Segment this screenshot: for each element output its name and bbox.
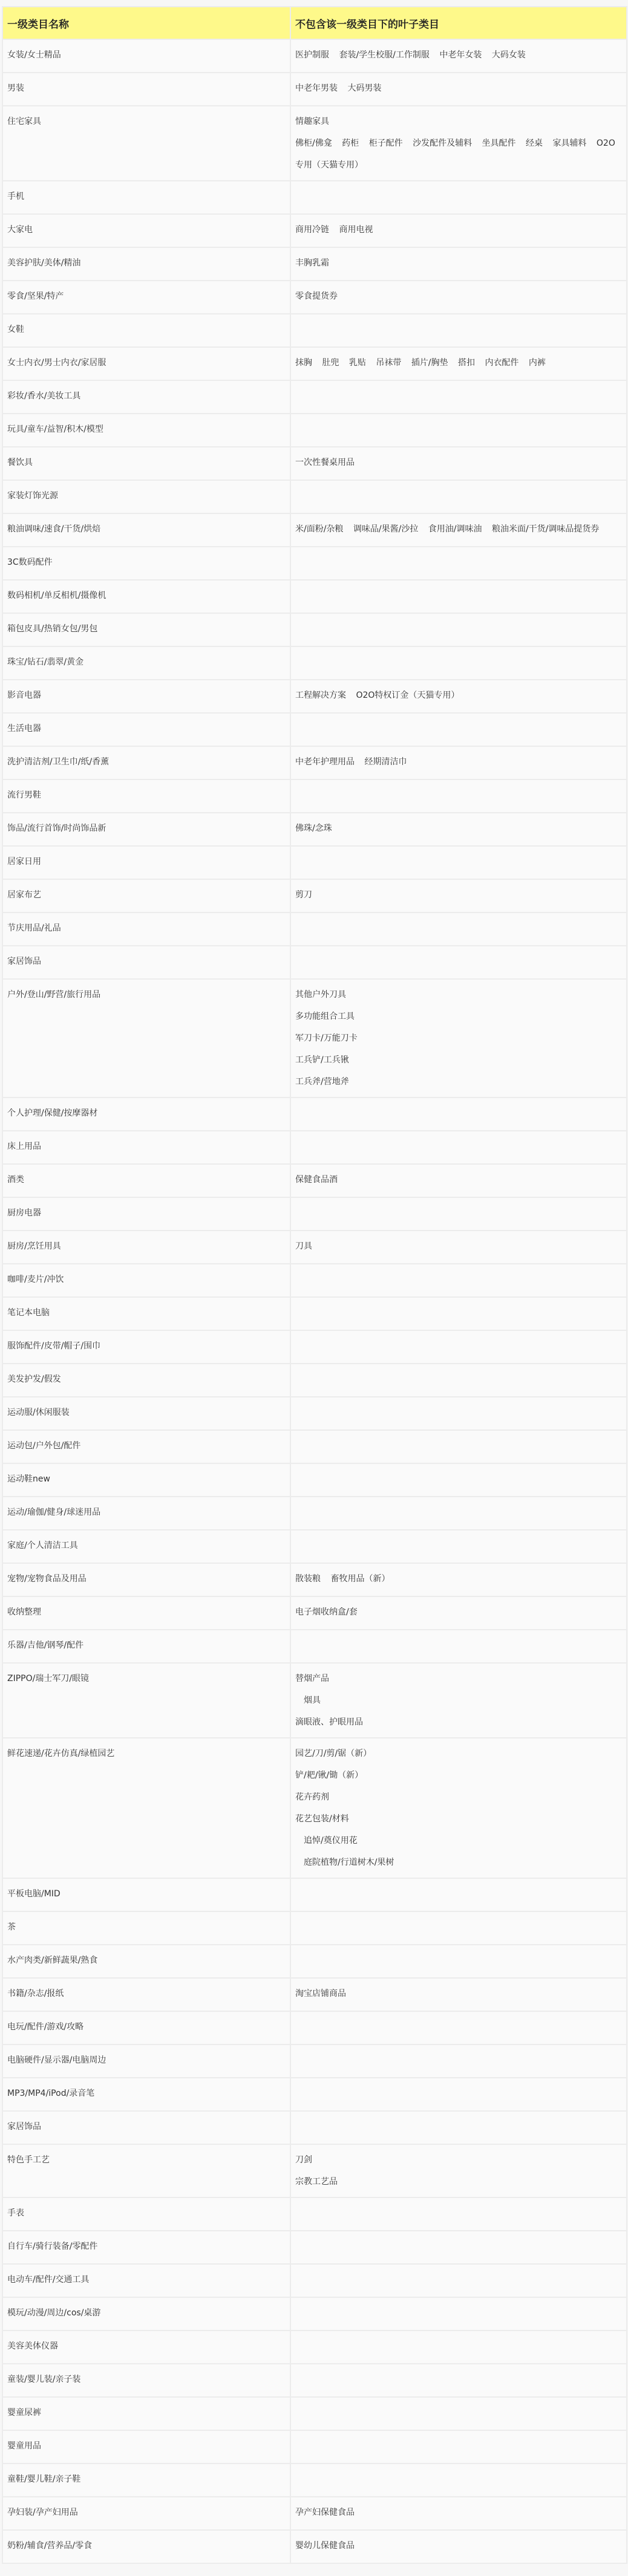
excluded-leaf-cell: 刀剑 宗教工艺品 (290, 2144, 627, 2197)
table-row: 运动服/休闲服装 (2, 1397, 627, 1430)
table-row: 运动鞋new (2, 1463, 627, 1497)
excluded-leaf-cell (290, 2231, 627, 2264)
excluded-leaf-cell: 医护制服 套装/学生校服/工作制服 中老年女装 大码女装 (290, 39, 627, 73)
excluded-line: 军刀卡/万能刀卡 (295, 1027, 622, 1049)
excluded-leaf-cell: 散装粮 畜牧用品（新） (290, 1563, 627, 1596)
category-name-cell: 女鞋 (2, 314, 290, 347)
category-name-cell: 美容护肤/美体/精油 (2, 247, 290, 281)
excluded-leaf-category: 情趣家具 (295, 117, 329, 126)
table-row: 家庭/个人清洁工具 (2, 1530, 627, 1563)
excluded-leaf-cell: 婴幼儿保健食品 (290, 2530, 627, 2563)
table-row: 咖啡/麦片/冲饮 (2, 1264, 627, 1297)
excluded-line: 滴眼液、护眼用品 (295, 1711, 622, 1733)
category-name-cell: 女装/女士精品 (2, 39, 290, 73)
excluded-line: 工兵斧/营地斧 (295, 1071, 622, 1093)
category-name-cell: 箱包皮具/热销女包/男包 (2, 613, 290, 646)
excluded-leaf-category: 佛柜/佛龛 (295, 138, 332, 148)
excluded-leaf-category: 米/面粉/杂粮 (295, 524, 343, 534)
excluded-line: 情趣家具 (295, 111, 622, 132)
excluded-leaf-cell (290, 2111, 627, 2144)
excluded-line: 工兵铲/工兵锹 (295, 1049, 622, 1071)
table-row: 孕妇装/孕产妇用品孕产妇保健食品 (2, 2497, 627, 2530)
excluded-leaf-category: 商用冷链 (295, 225, 329, 235)
table-row: 床上用品 (2, 1131, 627, 1164)
excluded-line: 婴幼儿保健食品 (295, 2535, 622, 2557)
table-row: 影音电器工程解决方案 O2O特权订金（天猫专用） (2, 680, 627, 713)
excluded-line: 淘宝店铺商品 (295, 1983, 622, 2005)
table-row: 家居饰品 (2, 946, 627, 979)
excluded-leaf-cell: 工程解决方案 O2O特权订金（天猫专用） (290, 680, 627, 713)
category-name-cell: ZIPPO/瑞士军刀/眼镜 (2, 1663, 290, 1738)
table-row: 女士内衣/男士内衣/家居服抹胸 肚兜 乳贴 吊袜带 插片/胸垫 搭扣 内衣配件 … (2, 347, 627, 380)
excluded-leaf-category: 食用油/调味油 (428, 524, 482, 534)
table-row: 鲜花速递/花卉仿真/绿植园艺园艺/刀/剪/锯（新） 铲/耙/锹/锄（新） 花卉药… (2, 1738, 627, 1878)
excluded-leaf-cell (290, 946, 627, 979)
excluded-leaf-category: 花艺包装/材料 (295, 1814, 349, 1824)
excluded-leaf-category: 花卉药剂 (295, 1792, 329, 1802)
excluded-leaf-category: 婴幼儿保健食品 (295, 2541, 355, 2551)
category-name-cell: 鲜花速递/花卉仿真/绿植园艺 (2, 1738, 290, 1878)
category-name-cell: 咖啡/麦片/冲饮 (2, 1264, 290, 1297)
table-row: ZIPPO/瑞士军刀/眼镜替烟产品 烟具 滴眼液、护眼用品 (2, 1663, 627, 1738)
excluded-leaf-cell (290, 1430, 627, 1463)
category-name-cell: 运动包/户外包/配件 (2, 1430, 290, 1463)
table-row: 婴童尿裤 (2, 2397, 627, 2430)
category-name-cell: 电脑硬件/显示器/电脑周边 (2, 2044, 290, 2078)
table-row: 个人护理/保健/按摩器材 (2, 1098, 627, 1131)
excluded-leaf-category: 药柜 (342, 138, 359, 148)
table-row: 收纳整理电子烟收纳盒/套 (2, 1596, 627, 1630)
header-category-name: 一级类目名称 (2, 7, 290, 39)
excluded-leaf-cell (290, 1397, 627, 1430)
excluded-leaf-cell: 丰胸乳霜 (290, 247, 627, 281)
category-name-cell: 节庆用品/礼品 (2, 912, 290, 946)
table-row: 童装/婴儿装/亲子装 (2, 2364, 627, 2397)
excluded-leaf-category: 中老年男装 (295, 83, 338, 93)
excluded-leaf-cell (290, 1878, 627, 1911)
excluded-leaf-cell (290, 1264, 627, 1297)
table-row: 箱包皮具/热销女包/男包 (2, 613, 627, 646)
excluded-leaf-category: 柜子配件 (369, 138, 403, 148)
excluded-leaf-category: 坐具配件 (482, 138, 516, 148)
excluded-leaf-category: 刀剑 (295, 2155, 312, 2165)
excluded-leaf-cell (290, 1364, 627, 1397)
category-name-cell: 运动/瑜伽/健身/球迷用品 (2, 1497, 290, 1530)
table-row: 居家布艺剪刀 (2, 879, 627, 912)
excluded-leaf-cell: 佛珠/念珠 (290, 813, 627, 846)
excluded-leaf-cell (290, 547, 627, 580)
category-name-cell: 家居饰品 (2, 946, 290, 979)
excluded-line: 剪刀 (295, 884, 622, 906)
category-name-cell: MP3/MP4/iPod/录音笔 (2, 2078, 290, 2111)
excluded-leaf-category: 军刀卡/万能刀卡 (295, 1033, 358, 1043)
excluded-leaf-category: 中老年护理用品 (295, 757, 355, 767)
excluded-leaf-category: 肚兜 (322, 358, 339, 368)
excluded-line: 宗教工艺品 (295, 2171, 622, 2193)
category-name-cell: 流行男鞋 (2, 779, 290, 813)
excluded-leaf-category: 零食提货券 (295, 291, 338, 301)
table-row: 婴童用品 (2, 2430, 627, 2464)
excluded-leaf-cell: 替烟产品 烟具 滴眼液、护眼用品 (290, 1663, 627, 1738)
category-name-cell: 手机 (2, 181, 290, 214)
excluded-leaf-cell: 中老年护理用品 经期清洁巾 (290, 746, 627, 779)
category-exclusion-table: 一级类目名称 不包含该一级类目下的叶子类目 女装/女士精品医护制服 套装/学生校… (2, 6, 627, 2564)
table-row: 玩具/童车/益智/积木/模型 (2, 414, 627, 447)
excluded-line: 医护制服 套装/学生校服/工作制服 中老年女装 大码女装 (295, 44, 622, 66)
category-name-cell: 户外/登山/野营/旅行用品 (2, 979, 290, 1098)
category-name-cell: 童鞋/婴儿鞋/亲子鞋 (2, 2464, 290, 2497)
table-row: MP3/MP4/iPod/录音笔 (2, 2078, 627, 2111)
category-name-cell: 书籍/杂志/报纸 (2, 1978, 290, 2011)
category-name-cell: 手表 (2, 2197, 290, 2231)
table-row: 3C数码配件 (2, 547, 627, 580)
excluded-leaf-category: 内裤 (529, 358, 546, 368)
excluded-leaf-cell (290, 414, 627, 447)
table-row: 珠宝/钻石/翡翠/黄金 (2, 646, 627, 680)
excluded-line: 零食提货券 (295, 285, 622, 307)
excluded-leaf-category: 烟具 (295, 1696, 321, 1705)
category-name-cell: 数码相机/单反相机/摄像机 (2, 580, 290, 613)
excluded-line: 中老年护理用品 经期清洁巾 (295, 751, 622, 773)
table-row: 美容美体仪器 (2, 2330, 627, 2364)
excluded-line: 佛柜/佛龛 药柜 柜子配件 沙发配件及辅料 坐具配件 经桌 家具辅料 O2O专用… (295, 132, 622, 176)
excluded-line: 花卉药剂 (295, 1786, 622, 1808)
table-row: 平板电脑/MID (2, 1878, 627, 1911)
excluded-leaf-cell: 商用冷链 商用电视 (290, 214, 627, 247)
table-row: 酒类保健食品酒 (2, 1164, 627, 1197)
excluded-leaf-category: 粮油米面/干货/调味品提货券 (492, 524, 599, 534)
table-row: 大家电商用冷链 商用电视 (2, 214, 627, 247)
table-row: 电脑硬件/显示器/电脑周边 (2, 2044, 627, 2078)
excluded-leaf-cell (290, 2197, 627, 2231)
excluded-leaf-category: 大码男装 (347, 83, 381, 93)
excluded-leaf-cell (290, 2430, 627, 2464)
category-name-cell: 水产肉类/新鲜蔬果/熟食 (2, 1945, 290, 1978)
excluded-line: 散装粮 畜牧用品（新） (295, 1568, 622, 1590)
excluded-leaf-category: 佛珠/念珠 (295, 824, 332, 833)
table-header-row: 一级类目名称 不包含该一级类目下的叶子类目 (2, 7, 627, 39)
excluded-leaf-cell (290, 2078, 627, 2111)
table-row: 宠物/宠物食品及用品散装粮 畜牧用品（新） (2, 1563, 627, 1596)
header-excluded-leaf-categories: 不包含该一级类目下的叶子类目 (290, 7, 627, 39)
excluded-line: 工程解决方案 O2O特权订金（天猫专用） (295, 685, 622, 706)
excluded-line: 佛珠/念珠 (295, 818, 622, 839)
table-row: 居家日用 (2, 846, 627, 879)
category-name-cell: 住宅家具 (2, 106, 290, 181)
excluded-leaf-cell: 电子烟收纳盒/套 (290, 1596, 627, 1630)
excluded-leaf-cell (290, 1497, 627, 1530)
category-name-cell: 运动服/休闲服装 (2, 1397, 290, 1430)
excluded-leaf-category: 商用电视 (339, 225, 373, 235)
excluded-leaf-cell (290, 2044, 627, 2078)
category-name-cell: 厨房电器 (2, 1197, 290, 1231)
category-name-cell: 平板电脑/MID (2, 1878, 290, 1911)
excluded-leaf-cell: 情趣家具 佛柜/佛龛 药柜 柜子配件 沙发配件及辅料 坐具配件 经桌 家具辅料 … (290, 106, 627, 181)
table-row: 女鞋 (2, 314, 627, 347)
excluded-line: 替烟产品 (295, 1668, 622, 1690)
excluded-leaf-cell: 刀具 (290, 1231, 627, 1264)
excluded-line: 庭院植物/行道树木/果树 (295, 1852, 622, 1873)
excluded-leaf-category: 保健食品酒 (295, 1175, 338, 1185)
category-name-cell: 酒类 (2, 1164, 290, 1197)
excluded-leaf-category: 丰胸乳霜 (295, 258, 329, 268)
excluded-leaf-cell: 中老年男装 大码男装 (290, 73, 627, 106)
excluded-leaf-cell: 抹胸 肚兜 乳贴 吊袜带 插片/胸垫 搭扣 内衣配件 内裤 (290, 347, 627, 380)
table-row: 电玩/配件/游戏/攻略 (2, 2011, 627, 2044)
excluded-leaf-cell: 一次性餐桌用品 (290, 447, 627, 480)
excluded-line: 刀具 (295, 1235, 622, 1257)
excluded-leaf-category: 医护制服 (295, 50, 329, 60)
category-name-cell: 电玩/配件/游戏/攻略 (2, 2011, 290, 2044)
table-row: 流行男鞋 (2, 779, 627, 813)
excluded-leaf-cell (290, 1911, 627, 1945)
excluded-leaf-cell (290, 1131, 627, 1164)
excluded-leaf-category: 庭院植物/行道树木/果树 (295, 1858, 394, 1867)
excluded-leaf-category: 大码女装 (492, 50, 526, 60)
excluded-leaf-cell (290, 314, 627, 347)
table-row: 手表 (2, 2197, 627, 2231)
category-name-cell: 影音电器 (2, 680, 290, 713)
excluded-leaf-cell (290, 1297, 627, 1330)
excluded-leaf-cell: 保健食品酒 (290, 1164, 627, 1197)
table-row: 节庆用品/礼品 (2, 912, 627, 946)
excluded-leaf-category: 乳贴 (349, 358, 366, 368)
excluded-leaf-category: 工程解决方案 (295, 691, 346, 700)
excluded-leaf-category: 调味品/果酱/沙拉 (353, 524, 418, 534)
excluded-leaf-category: 多功能组合工具 (295, 1012, 355, 1021)
category-name-cell: 婴童用品 (2, 2430, 290, 2464)
excluded-line: 铲/耙/锹/锄（新） (295, 1764, 622, 1786)
excluded-leaf-cell: 零食提货券 (290, 281, 627, 314)
excluded-line: 其他户外刀具 (295, 984, 622, 1006)
category-name-cell: 大家电 (2, 214, 290, 247)
excluded-leaf-cell (290, 2464, 627, 2497)
excluded-leaf-cell (290, 380, 627, 414)
category-name-cell: 奶粉/辅食/营养品/零食 (2, 2530, 290, 2563)
excluded-line: 烟具 (295, 1690, 622, 1711)
excluded-line: 保健食品酒 (295, 1169, 622, 1191)
table-row: 数码相机/单反相机/摄像机 (2, 580, 627, 613)
category-name-cell: 收纳整理 (2, 1596, 290, 1630)
excluded-leaf-cell (290, 713, 627, 746)
excluded-leaf-category: 散装粮 (295, 1574, 321, 1584)
excluded-leaf-category: 经期清洁巾 (364, 757, 407, 767)
category-name-cell: 特色手工艺 (2, 2144, 290, 2197)
excluded-leaf-category: O2O特权订金（天猫专用） (356, 691, 459, 700)
table-row: 童鞋/婴儿鞋/亲子鞋 (2, 2464, 627, 2497)
category-name-cell: 童装/婴儿装/亲子装 (2, 2364, 290, 2397)
category-name-cell: 美容美体仪器 (2, 2330, 290, 2364)
category-name-cell: 居家日用 (2, 846, 290, 879)
excluded-leaf-category: 园艺/刀/剪/锯（新） (295, 1749, 371, 1758)
category-name-cell: 玩具/童车/益智/积木/模型 (2, 414, 290, 447)
category-name-cell: 粮油调味/速食/干货/烘焙 (2, 513, 290, 547)
excluded-leaf-category: 抹胸 (295, 358, 312, 368)
excluded-leaf-cell (290, 646, 627, 680)
excluded-leaf-category: 内衣配件 (485, 358, 518, 368)
excluded-leaf-category: 孕产妇保健食品 (295, 2508, 355, 2517)
excluded-leaf-cell (290, 1945, 627, 1978)
excluded-leaf-cell (290, 846, 627, 879)
category-name-cell: 男装 (2, 73, 290, 106)
excluded-leaf-cell (290, 1197, 627, 1231)
category-name-cell: 个人护理/保健/按摩器材 (2, 1098, 290, 1131)
table-row: 彩妆/香水/美妆工具 (2, 380, 627, 414)
table-row: 零食/坚果/特产零食提货券 (2, 281, 627, 314)
excluded-leaf-category: 吊袜带 (376, 358, 401, 368)
category-name-cell: 家居饰品 (2, 2111, 290, 2144)
excluded-line: 追悼/奠仪用花 (295, 1830, 622, 1852)
category-name-cell: 居家布艺 (2, 879, 290, 912)
excluded-leaf-cell (290, 1098, 627, 1131)
table-row: 饰品/流行首饰/时尚饰品新佛珠/念珠 (2, 813, 627, 846)
excluded-leaf-cell (290, 2297, 627, 2330)
excluded-leaf-category: 工兵斧/营地斧 (295, 1077, 349, 1087)
page: 一级类目名称 不包含该一级类目下的叶子类目 女装/女士精品医护制服 套装/学生校… (0, 0, 628, 2576)
excluded-leaf-cell (290, 1330, 627, 1364)
category-name-cell: 珠宝/钻石/翡翠/黄金 (2, 646, 290, 680)
excluded-leaf-category: 追悼/奠仪用花 (295, 1836, 358, 1846)
table-row: 电动车/配件/交通工具 (2, 2264, 627, 2297)
category-name-cell: 家装灯饰光源 (2, 480, 290, 513)
category-name-cell: 餐饮具 (2, 447, 290, 480)
excluded-line: 中老年男装 大码男装 (295, 77, 622, 99)
category-name-cell: 孕妇装/孕产妇用品 (2, 2497, 290, 2530)
excluded-leaf-category: 剪刀 (295, 890, 312, 900)
excluded-leaf-cell (290, 2330, 627, 2364)
table-row: 厨房电器 (2, 1197, 627, 1231)
table-row: 餐饮具一次性餐桌用品 (2, 447, 627, 480)
excluded-line: 多功能组合工具 (295, 1006, 622, 1027)
table-row: 服饰配件/皮带/帽子/围巾 (2, 1330, 627, 1364)
excluded-line: 米/面粉/杂粮 调味品/果酱/沙拉 食用油/调味油 粮油米面/干货/调味品提货券 (295, 518, 622, 540)
excluded-leaf-cell (290, 1630, 627, 1663)
excluded-line: 商用冷链 商用电视 (295, 219, 622, 241)
category-name-cell: 笔记本电脑 (2, 1297, 290, 1330)
table-row: 乐器/吉他/钢琴/配件 (2, 1630, 627, 1663)
excluded-leaf-category: 搭扣 (458, 358, 475, 368)
excluded-line: 一次性餐桌用品 (295, 452, 622, 473)
excluded-leaf-category: 沙发配件及辅料 (413, 138, 472, 148)
excluded-leaf-cell: 淘宝店铺商品 (290, 1978, 627, 2011)
excluded-leaf-category: 替烟产品 (295, 1674, 329, 1683)
excluded-leaf-category: 刀具 (295, 1241, 312, 1251)
excluded-leaf-category: 中老年女装 (439, 50, 482, 60)
table-row: 书籍/杂志/报纸淘宝店铺商品 (2, 1978, 627, 2011)
category-name-cell: 零食/坚果/特产 (2, 281, 290, 314)
category-name-cell: 宠物/宠物食品及用品 (2, 1563, 290, 1596)
category-name-cell: 饰品/流行首饰/时尚饰品新 (2, 813, 290, 846)
excluded-leaf-category: 电子烟收纳盒/套 (295, 1607, 358, 1617)
table-row: 笔记本电脑 (2, 1297, 627, 1330)
category-name-cell: 电动车/配件/交通工具 (2, 2264, 290, 2297)
table-row: 手机 (2, 181, 627, 214)
excluded-line: 电子烟收纳盒/套 (295, 1601, 622, 1623)
category-name-cell: 女士内衣/男士内衣/家居服 (2, 347, 290, 380)
category-name-cell: 自行车/骑行装备/零配件 (2, 2231, 290, 2264)
table-row: 住宅家具情趣家具 佛柜/佛龛 药柜 柜子配件 沙发配件及辅料 坐具配件 经桌 家… (2, 106, 627, 181)
table-row: 洗护清洁剂/卫生巾/纸/香薰中老年护理用品 经期清洁巾 (2, 746, 627, 779)
excluded-leaf-category: 宗教工艺品 (295, 2177, 338, 2187)
table-row: 水产肉类/新鲜蔬果/熟食 (2, 1945, 627, 1978)
category-name-cell: 美发护发/假发 (2, 1364, 290, 1397)
excluded-leaf-category: 经桌 (526, 138, 543, 148)
excluded-leaf-cell (290, 2264, 627, 2297)
excluded-leaf-category: 滴眼液、护眼用品 (295, 1717, 363, 1727)
excluded-leaf-category: 淘宝店铺商品 (295, 1989, 346, 1999)
category-name-cell: 家庭/个人清洁工具 (2, 1530, 290, 1563)
excluded-line: 丰胸乳霜 (295, 252, 622, 274)
excluded-leaf-category: 铲/耙/锹/锄（新） (295, 1771, 363, 1780)
excluded-leaf-cell (290, 580, 627, 613)
excluded-leaf-cell (290, 2397, 627, 2430)
excluded-leaf-cell (290, 1463, 627, 1497)
excluded-line: 孕产妇保健食品 (295, 2502, 622, 2523)
excluded-leaf-cell (290, 2011, 627, 2044)
excluded-leaf-category: 插片/胸垫 (411, 358, 448, 368)
table-row: 女装/女士精品医护制服 套装/学生校服/工作制服 中老年女装 大码女装 (2, 39, 627, 73)
excluded-leaf-category: 套装/学生校服/工作制服 (339, 50, 429, 60)
excluded-leaf-cell (290, 2364, 627, 2397)
category-name-cell: 模玩/动漫/周边/cos/桌游 (2, 2297, 290, 2330)
excluded-leaf-category: 一次性餐桌用品 (295, 458, 355, 467)
excluded-leaf-cell: 其他户外刀具 多功能组合工具 军刀卡/万能刀卡 工兵铲/工兵锹 工兵斧/营地斧 (290, 979, 627, 1098)
excluded-line: 园艺/刀/剪/锯（新） (295, 1743, 622, 1764)
excluded-leaf-cell (290, 912, 627, 946)
excluded-leaf-cell (290, 181, 627, 214)
category-name-cell: 运动鞋new (2, 1463, 290, 1497)
category-name-cell: 乐器/吉他/钢琴/配件 (2, 1630, 290, 1663)
excluded-leaf-cell: 米/面粉/杂粮 调味品/果酱/沙拉 食用油/调味油 粮油米面/干货/调味品提货券 (290, 513, 627, 547)
category-name-cell: 彩妆/香水/美妆工具 (2, 380, 290, 414)
excluded-leaf-category: 畜牧用品（新） (330, 1574, 390, 1584)
excluded-leaf-cell (290, 480, 627, 513)
excluded-leaf-cell (290, 1530, 627, 1563)
excluded-leaf-category: 工兵铲/工兵锹 (295, 1055, 349, 1065)
table-row: 模玩/动漫/周边/cos/桌游 (2, 2297, 627, 2330)
excluded-leaf-category: 家具辅料 (552, 138, 586, 148)
category-name-cell: 茶 (2, 1911, 290, 1945)
table-row: 美发护发/假发 (2, 1364, 627, 1397)
table-row: 粮油调味/速食/干货/烘焙米/面粉/杂粮 调味品/果酱/沙拉 食用油/调味油 粮… (2, 513, 627, 547)
table-row: 厨房/烹饪用具刀具 (2, 1231, 627, 1264)
excluded-line: 花艺包装/材料 (295, 1808, 622, 1830)
table-row: 奶粉/辅食/营养品/零食婴幼儿保健食品 (2, 2530, 627, 2563)
category-name-cell: 生活电器 (2, 713, 290, 746)
excluded-leaf-cell (290, 779, 627, 813)
excluded-leaf-cell: 孕产妇保健食品 (290, 2497, 627, 2530)
category-name-cell: 3C数码配件 (2, 547, 290, 580)
excluded-line: 抹胸 肚兜 乳贴 吊袜带 插片/胸垫 搭扣 内衣配件 内裤 (295, 352, 622, 374)
table-row: 家居饰品 (2, 2111, 627, 2144)
table-row: 特色手工艺刀剑 宗教工艺品 (2, 2144, 627, 2197)
excluded-leaf-cell: 剪刀 (290, 879, 627, 912)
table-row: 茶 (2, 1911, 627, 1945)
table-row: 运动包/户外包/配件 (2, 1430, 627, 1463)
category-name-cell: 洗护清洁剂/卫生巾/纸/香薰 (2, 746, 290, 779)
table-row: 生活电器 (2, 713, 627, 746)
table-row: 户外/登山/野营/旅行用品其他户外刀具 多功能组合工具 军刀卡/万能刀卡 工兵铲… (2, 979, 627, 1098)
table-row: 自行车/骑行装备/零配件 (2, 2231, 627, 2264)
category-name-cell: 婴童尿裤 (2, 2397, 290, 2430)
category-name-cell: 厨房/烹饪用具 (2, 1231, 290, 1264)
excluded-leaf-cell (290, 613, 627, 646)
excluded-leaf-cell: 园艺/刀/剪/锯（新） 铲/耙/锹/锄（新） 花卉药剂 花艺包装/材料 追悼/奠… (290, 1738, 627, 1878)
category-name-cell: 床上用品 (2, 1131, 290, 1164)
table-row: 美容护肤/美体/精油丰胸乳霜 (2, 247, 627, 281)
table-body: 女装/女士精品医护制服 套装/学生校服/工作制服 中老年女装 大码女装 男装中老… (2, 39, 627, 2563)
category-name-cell: 服饰配件/皮带/帽子/围巾 (2, 1330, 290, 1364)
